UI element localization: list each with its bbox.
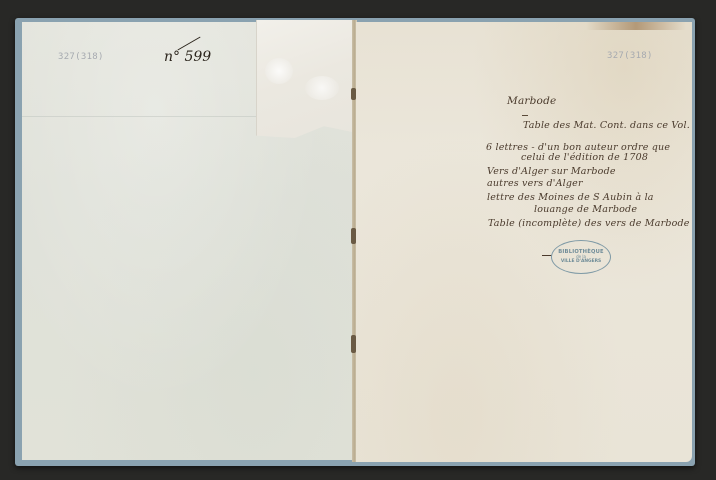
right-pencil-shelfmark: 327(318) xyxy=(607,51,653,61)
ink-folder-number: n° 599 xyxy=(164,49,211,65)
contents-line-5: Table (incomplète) des vers de Marbode xyxy=(488,218,690,229)
title-dash xyxy=(522,115,528,116)
contents-line-2: Vers d'Alger sur Marbode xyxy=(487,166,616,177)
contents-line-4: lettre des Moines de S Aubin à la xyxy=(487,192,654,203)
manuscript-title: Marbode xyxy=(507,95,556,107)
water-stain xyxy=(586,22,686,30)
contents-line-4b: louange de Marbode xyxy=(534,204,637,215)
library-stamp: BIBLIOTHÈQUE de la VILLE D'ANGERS xyxy=(551,240,611,274)
left-pencil-shelfmark: 327(318) xyxy=(58,52,104,62)
contents-line-1b: celui de l'édition de 1708 xyxy=(521,152,648,163)
document-scan: 327(318) n° 599 327(318) Marbode Table d… xyxy=(0,0,716,480)
right-page: 327(318) Marbode Table des Mat. Cont. da… xyxy=(356,22,692,462)
contents-heading: Table des Mat. Cont. dans ce Vol. xyxy=(523,120,690,131)
contents-line-3: autres vers d'Alger xyxy=(487,178,583,189)
tissue-repair-patch xyxy=(256,20,353,138)
